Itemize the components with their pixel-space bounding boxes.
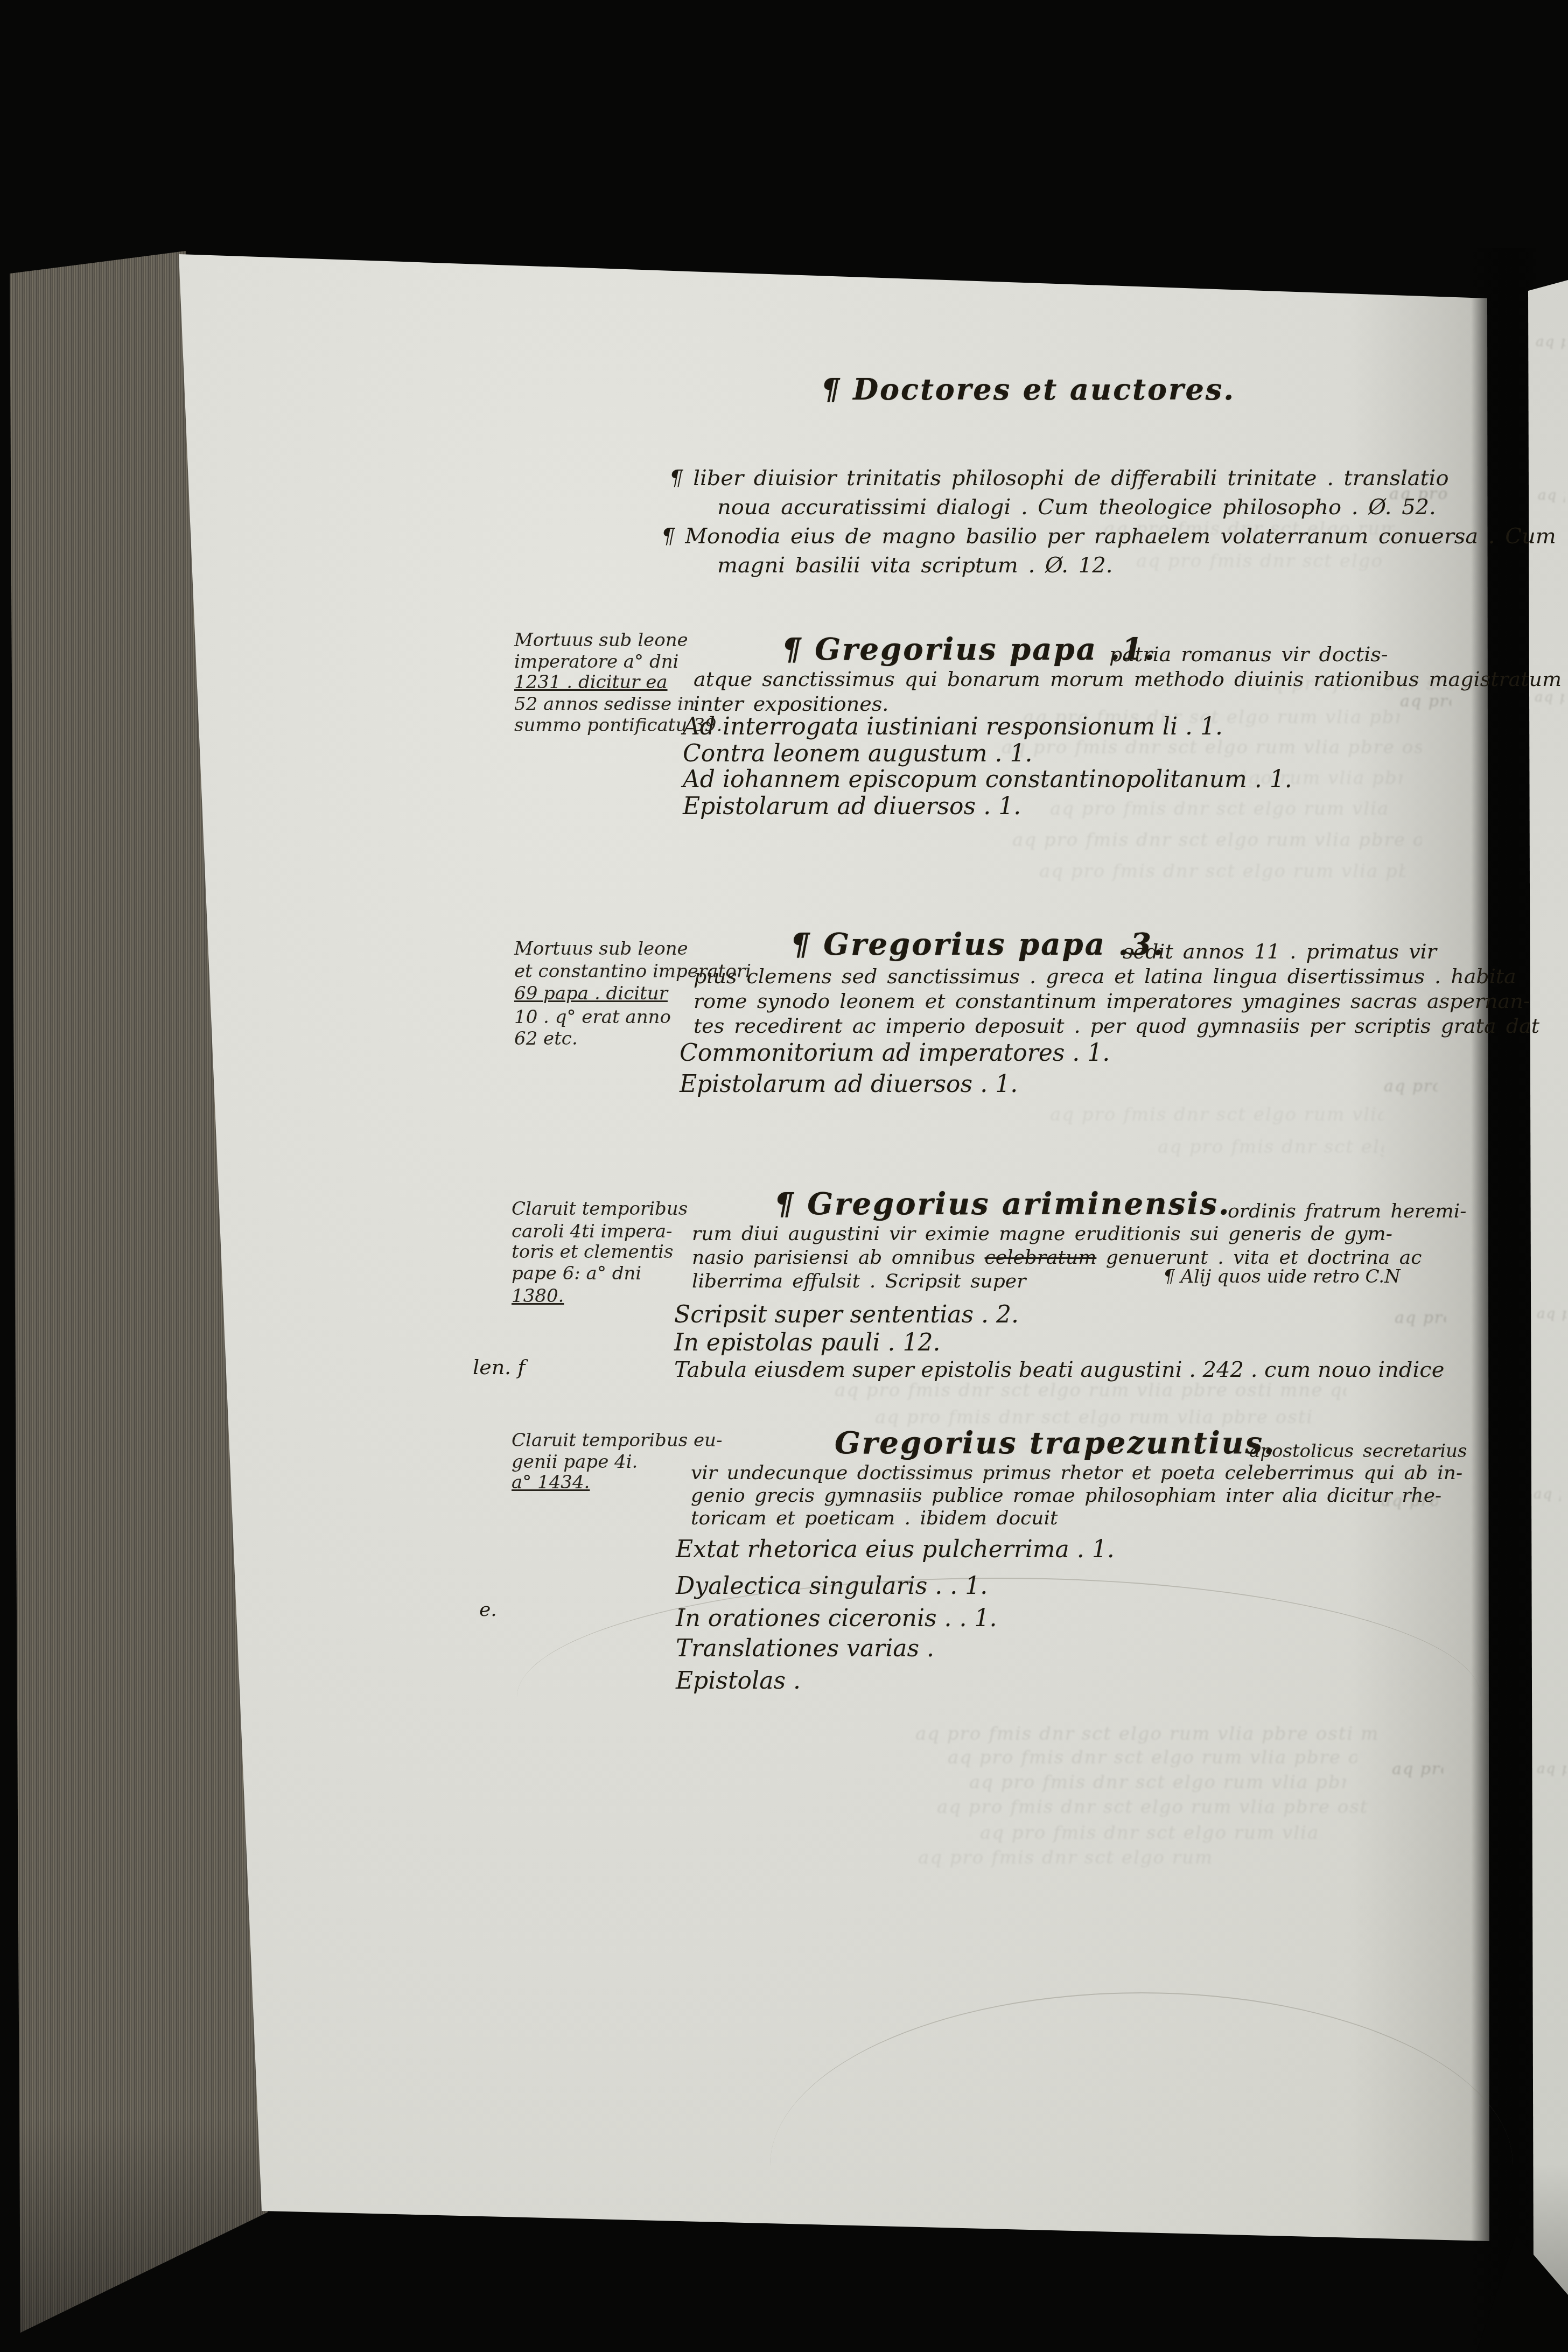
work-item: Ad iohannem episcopum constantinopolitan… xyxy=(683,768,1292,792)
margin-note-line: Claruit temporibus xyxy=(512,1200,688,1218)
margin-note-line: 52 annos sedisse in xyxy=(514,695,695,713)
manuscript-photo: ¶ Doctores et auctores. ¶ liber diuisior… xyxy=(0,0,1568,2352)
margin-note-line: 1231 . dicitur ea xyxy=(514,673,668,691)
intro-line: ¶ Monodia eius de magno basilio per raph… xyxy=(661,526,1556,547)
shelfmark-note: len. f xyxy=(473,1357,525,1377)
work-item: Tabula eiusdem super epistolis beati aug… xyxy=(674,1359,1444,1381)
body-line: nasio parisiensi ab omnibus celebratum g… xyxy=(692,1248,1422,1268)
work-item: Commonitorium ad imperatores . 1. xyxy=(680,1041,1110,1065)
margin-note-line: Mortuus sub leone xyxy=(514,631,688,649)
page-title: ¶ Doctores et auctores. xyxy=(821,375,1235,404)
margin-note-line: genii pape 4i. xyxy=(512,1453,638,1471)
struck-word: celebratum xyxy=(985,1247,1097,1269)
body-line: toricam et poeticam . ibidem docuit xyxy=(691,1509,1058,1528)
intro-line: ¶ liber diuisior trinitatis philosophi d… xyxy=(669,467,1449,489)
margin-note-line: a° 1434. xyxy=(512,1473,590,1492)
work-item: Ad interrogata iustiniani responsionum l… xyxy=(683,715,1223,739)
intro-line: magni basilii vita scriptum . Ø. 12. xyxy=(717,555,1112,576)
body-line: liberrima effulsit . Scripsit super xyxy=(692,1272,1026,1291)
body-line-part: genuerunt . vita et doctrina ac xyxy=(1096,1247,1422,1269)
body-line-part: nasio parisiensi ab omnibus xyxy=(692,1247,985,1269)
body-line: rum diui augustini vir eximie magne erud… xyxy=(692,1224,1392,1244)
work-item: In epistolas pauli . 12. xyxy=(674,1331,940,1355)
work-item: Epistolas . xyxy=(676,1669,801,1693)
work-item: In orationes ciceronis . . 1. xyxy=(676,1607,997,1630)
margin-note-line: 62 etc. xyxy=(514,1030,578,1048)
body-line: rome synodo leonem et constantinum imper… xyxy=(694,991,1530,1011)
work-item: Epistolarum ad diuersos . 1. xyxy=(680,1073,1018,1096)
work-item: Dyalectica singularis . . 1. xyxy=(676,1574,988,1598)
work-item: Translationes varias . xyxy=(676,1637,934,1661)
side-note: ¶ Alij quos uide retro C.N xyxy=(1163,1268,1401,1286)
intro-line: noua accuratissimi dialogi . Cum theolog… xyxy=(717,496,1436,518)
body-line: tes recedirent ac imperio deposuit . per… xyxy=(694,1016,1539,1036)
margin-note-line: caroli 4ti impera- xyxy=(512,1222,673,1241)
body-line: atque sanctissimus qui bonarum morum met… xyxy=(694,669,1568,689)
margin-note-line: 69 papa . dicitur xyxy=(514,984,668,1003)
margin-note-line: toris et clementis xyxy=(512,1243,673,1261)
margin-note-line: Claruit temporibus eu- xyxy=(512,1431,722,1450)
section-heading: ¶ Gregorius papa .3. xyxy=(790,929,1165,960)
work-item: Scripsit super sententias . 2. xyxy=(674,1303,1019,1327)
section-heading-tail: ordinis fratrum heremi- xyxy=(1228,1202,1466,1221)
margin-letter-mark: e. xyxy=(479,1600,497,1620)
margin-note-line: 10 . q° erat anno xyxy=(514,1008,671,1026)
margin-note-line: Mortuus sub leone xyxy=(514,940,688,958)
margin-note-line: pape 6: a° dni xyxy=(512,1264,641,1283)
section-heading-tail: apostolicus secretarius xyxy=(1249,1442,1467,1460)
body-line: inter expositiones. xyxy=(694,694,888,714)
work-item: Contra leonem augustum . 1. xyxy=(683,742,1032,766)
section-heading: ¶ Gregorius ariminensis. xyxy=(774,1189,1231,1219)
margin-note-line: 1380. xyxy=(512,1287,564,1305)
work-item: Extat rhetorica eius pulcherrima . 1. xyxy=(676,1538,1115,1562)
work-item: Epistolarum ad diuersos . 1. xyxy=(683,795,1021,818)
section-heading-tail: patria romanus vir doctis- xyxy=(1109,644,1388,664)
gutter-shadow xyxy=(1471,248,1536,2352)
margin-note-line: imperatore a° dni xyxy=(514,653,678,671)
body-line: genio grecis gymnasiis publice romae phi… xyxy=(691,1486,1441,1506)
section-heading-tail: sedit annos 11 . primatus vir xyxy=(1123,941,1437,962)
section-heading: ¶ Gregorius papa .1. xyxy=(782,634,1156,664)
section-heading: Gregorius trapezuntius. xyxy=(835,1428,1276,1458)
body-line: pius clemens sed sanctissimus . greca et… xyxy=(694,966,1516,986)
body-line: vir undecunque doctissimus primus rhetor… xyxy=(691,1464,1462,1483)
